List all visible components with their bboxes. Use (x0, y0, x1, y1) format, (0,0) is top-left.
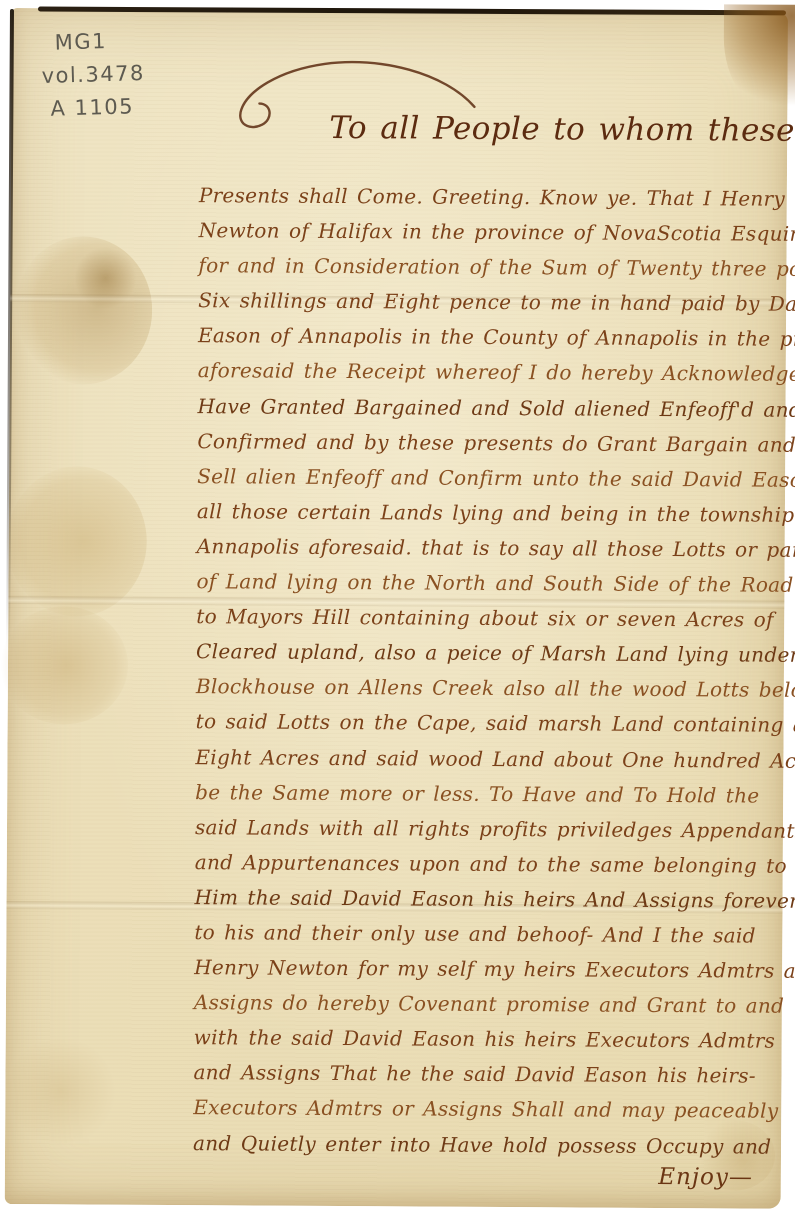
stain-top-right (723, 4, 795, 114)
deed-text-line: Confirmed and by these presents do Grant… (197, 424, 781, 463)
archival-line: vol.3478 (41, 55, 202, 93)
deed-text-line: Eight Acres and said wood Land about One… (195, 740, 779, 779)
deed-body-text: Presents shall Come. Greeting. Know ye. … (193, 178, 783, 1164)
deed-text-line: Sell alien Enfeoff and Confirm unto the … (197, 459, 781, 498)
paper-edge-shadow-top (38, 6, 786, 15)
deed-text-line: and Appurtenances upon and to the same b… (195, 845, 779, 884)
deed-text-line: Cleared upland, also a peice of Marsh La… (196, 634, 780, 673)
deed-text-line: Have Granted Bargained and Sold aliened … (197, 389, 781, 428)
deed-text-line: all those certain Lands lying and being … (197, 494, 781, 533)
deed-text-line: be the Same more or less. To Have and To… (195, 775, 779, 814)
deed-text-line: Blockhouse on Allens Creek also all the … (196, 669, 780, 708)
deed-text-line: aforesaid the Receipt whereof I do hereb… (198, 354, 782, 393)
stain-left-lower (0, 606, 128, 725)
deed-text-line: with the said David Eason his heirs Exec… (194, 1020, 778, 1059)
deed-opening-line: To all People to whom these (329, 110, 795, 149)
deed-text-line: and Assigns That he the said David Eason… (193, 1055, 777, 1094)
deed-text-line: for and in Consideration of the Sum of T… (198, 248, 782, 287)
stain-left-middle (6, 466, 147, 617)
deed-text-line: Annapolis aforesaid. that is to say all … (197, 529, 781, 568)
deed-text-line: Executors Admtrs or Assigns Shall and ma… (193, 1091, 777, 1130)
archival-line: MG1 (54, 22, 201, 59)
deed-text-line: Presents shall Come. Greeting. Know ye. … (199, 178, 783, 217)
catchword: Enjoy— (193, 1161, 753, 1190)
manuscript-paper: MG1 vol.3478 A 1105 To all People to who… (5, 8, 788, 1209)
paper-edge-shadow-left (6, 9, 14, 649)
deed-text-line: and Quietly enter into Have hold possess… (193, 1126, 777, 1165)
document-scan: MG1 vol.3478 A 1105 To all People to who… (0, 0, 795, 1228)
deed-text-line: to his and their only use and behoof- An… (194, 915, 778, 954)
deed-text-line: said Lands with all rights profits privi… (195, 810, 779, 849)
stain-bottom-left (3, 1038, 119, 1144)
deed-text-line: to Mayors Hill containing about six or s… (196, 599, 780, 638)
deed-text-line: Eason of Annapolis in the County of Anna… (198, 319, 782, 358)
archival-line: A 1105 (50, 88, 203, 125)
deed-text-line: Six shillings and Eight pence to me in h… (198, 283, 782, 322)
archival-reference-note: MG1 vol.3478 A 1105 (40, 22, 203, 126)
deed-text-line: to said Lotts on the Cape, said marsh La… (196, 705, 780, 744)
deed-text-line: Him the said David Eason his heirs And A… (194, 880, 778, 919)
deed-text-line: Newton of Halifax in the province of Nov… (199, 213, 783, 252)
deed-text-line: of Land lying on the North and South Sid… (196, 564, 780, 603)
stain-left-upper (14, 236, 153, 385)
deed-text-line: Henry Newton for my self my heirs Execut… (194, 950, 778, 989)
deed-text-line: Assigns do hereby Covenant promise and G… (194, 985, 778, 1024)
